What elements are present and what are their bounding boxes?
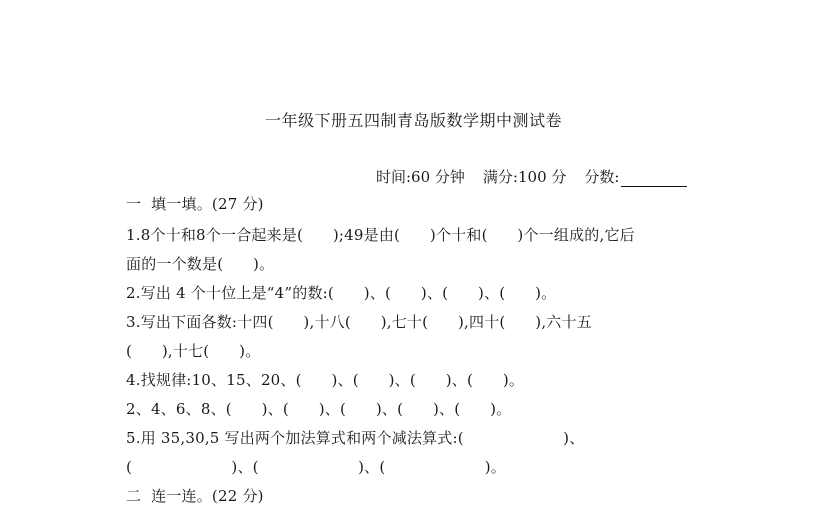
question-4-line-1: 4.找规律:10、15、20、( )、( )、( )、( )。 — [126, 370, 524, 390]
question-1-line-2: 面的一个数是( )。 — [126, 254, 274, 274]
full-score: 满分:100 分 — [483, 167, 566, 187]
question-5-line-2: ( )、( )、( )。 — [126, 457, 506, 477]
section-heading-connect: 二 连一连。(22 分) — [126, 486, 264, 506]
exam-page: 一年级下册五四制青岛版数学期中测试卷 时间:60 分钟 满分:100 分 分数:… — [0, 0, 827, 530]
question-5-line-1: 5.用 35,30,5 写出两个加法算式和两个减法算式:( )、 — [126, 428, 584, 448]
time-limit: 时间:60 分钟 — [376, 167, 465, 187]
question-3-line-2: ( ),十七( )。 — [126, 341, 260, 361]
exam-meta: 时间:60 分钟 满分:100 分 分数: — [376, 167, 687, 187]
question-2: 2.写出 4 个十位上是“4”的数:( )、( )、( )、( )。 — [126, 283, 556, 303]
question-4-line-2: 2、4、6、8、( )、( )、( )、( )、( )。 — [126, 399, 511, 419]
section-heading-fill-in: 一 填一填。(27 分) — [126, 194, 264, 214]
question-1-line-1: 1.8个十和8个一合起来是( );49是由( )个十和( )个一组成的,它后 — [126, 225, 635, 245]
score-blank-field[interactable] — [621, 170, 687, 187]
exam-title: 一年级下册五四制青岛版数学期中测试卷 — [0, 110, 827, 132]
score-label: 分数: — [584, 167, 619, 187]
question-3-line-1: 3.写出下面各数:十四( ),十八( ),七十( ),四十( ),六十五 — [126, 312, 592, 332]
